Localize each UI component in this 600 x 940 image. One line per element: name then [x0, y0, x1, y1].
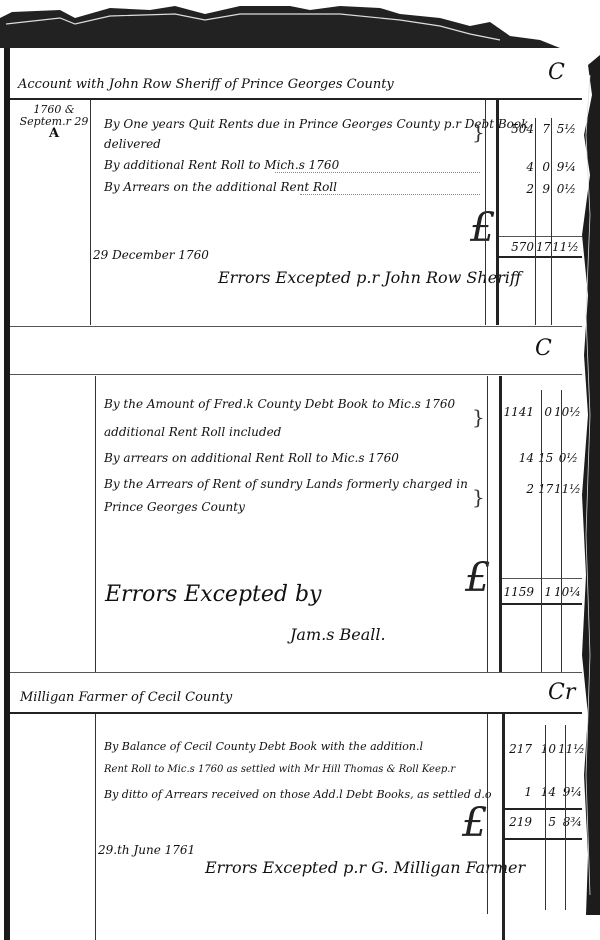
entry-date: 1760 & Septem.r 29 A — [18, 104, 90, 140]
total-shillings: 5 — [540, 815, 556, 829]
total-shillings: 17 — [536, 240, 550, 254]
amount-shillings: 14 — [540, 785, 556, 799]
column-rule — [485, 100, 486, 325]
amount-pounds: 14 — [500, 451, 534, 465]
entry-continuation: Rent Roll to Mic.s 1760 as settled with … — [104, 764, 455, 775]
date-column-rule — [90, 100, 91, 325]
column-rule — [487, 376, 488, 672]
amount-pence: 5½ — [552, 122, 576, 136]
total-pence: 11½ — [552, 240, 576, 254]
entry-text: By One years Quit Rents due in Prince Ge… — [104, 117, 528, 131]
amount-pence: 10½ — [554, 405, 578, 419]
rule — [10, 672, 582, 673]
rule — [497, 256, 582, 258]
signature-line-2: Jam.s Beall. — [290, 625, 386, 644]
marker-symbol: A — [18, 128, 90, 140]
entry-text: By Balance of Cecil County Debt Book wit… — [104, 740, 423, 753]
amount-pence: 11½ — [558, 742, 582, 756]
amount-pence: 9¼ — [552, 160, 576, 174]
credit-mark: C — [535, 336, 552, 361]
section-heading: Milligan Farmer of Cecil County — [20, 690, 232, 705]
total-pence: 10¼ — [554, 585, 578, 599]
rule — [503, 808, 582, 810]
amount-pounds: 1141 — [500, 405, 534, 419]
entry-text: By arrears on additional Rent Roll to Mi… — [104, 451, 399, 465]
closing-date: 29 December 1760 — [93, 248, 209, 262]
amount-shillings: 9 — [536, 182, 550, 196]
signature: Errors Excepted p.r John Row Sheriff — [218, 268, 521, 287]
entry-text: By Arrears on the additional Rent Roll — [104, 180, 337, 194]
rule — [503, 838, 582, 840]
amount-pence: 11½ — [554, 482, 578, 496]
entry-text: By ditto of Arrears received on those Ad… — [104, 788, 492, 801]
column-rule — [535, 118, 536, 325]
amount-pounds: 2 — [500, 482, 534, 496]
column-rule — [561, 390, 562, 672]
signature-line-1: Errors Excepted by — [105, 582, 321, 607]
date-column-rule — [95, 376, 96, 672]
amount-pounds: 504 — [500, 122, 534, 136]
amount-shillings: 0 — [536, 160, 550, 174]
column-rule — [499, 376, 502, 672]
entry-continuation: Prince Georges County — [104, 500, 245, 514]
section-heading: Account with John Row Sheriff of Prince … — [18, 77, 394, 92]
credit-mark: Cr — [548, 680, 575, 705]
credit-mark: C — [548, 60, 565, 85]
column-rule — [565, 725, 566, 910]
column-rule — [502, 714, 505, 940]
entry-text: By additional Rent Roll to Mich.s 1760 — [104, 158, 339, 172]
torn-page-edge — [0, 0, 600, 48]
entry-text: By the Amount of Fred.k County Debt Book… — [104, 397, 455, 411]
entry-continuation: delivered — [104, 137, 161, 151]
rule — [10, 374, 582, 375]
amount-shillings: 7 — [536, 122, 550, 136]
entry-text: By the Arrears of Rent of sundry Lands f… — [104, 477, 468, 491]
closing-date: 29.th June 1761 — [98, 843, 195, 857]
date-column-rule — [95, 714, 96, 940]
amount-shillings: 10 — [540, 742, 556, 756]
amount-pence: 0½ — [552, 182, 576, 196]
signature: Errors Excepted p.r G. Milligan Farmer — [205, 858, 525, 877]
entry-continuation: additional Rent Roll included — [104, 425, 281, 439]
pound-sign: £ — [462, 800, 487, 846]
rule — [10, 326, 582, 327]
column-rule — [545, 725, 546, 910]
amount-pounds: 2 — [500, 182, 534, 196]
pound-sign: £ — [470, 205, 495, 251]
page-binding-edge — [4, 48, 10, 940]
amount-pence: 0½ — [554, 451, 578, 465]
total-pounds: 570 — [500, 240, 534, 254]
amount-pence: 9¼ — [558, 785, 582, 799]
total-pence: 8¾ — [558, 815, 582, 829]
total-pounds: 1159 — [500, 585, 534, 599]
column-rule — [496, 100, 499, 325]
column-rule — [487, 714, 488, 914]
rule — [497, 236, 582, 237]
column-rule — [541, 390, 542, 672]
amount-pounds: 4 — [500, 160, 534, 174]
column-rule — [551, 118, 552, 325]
